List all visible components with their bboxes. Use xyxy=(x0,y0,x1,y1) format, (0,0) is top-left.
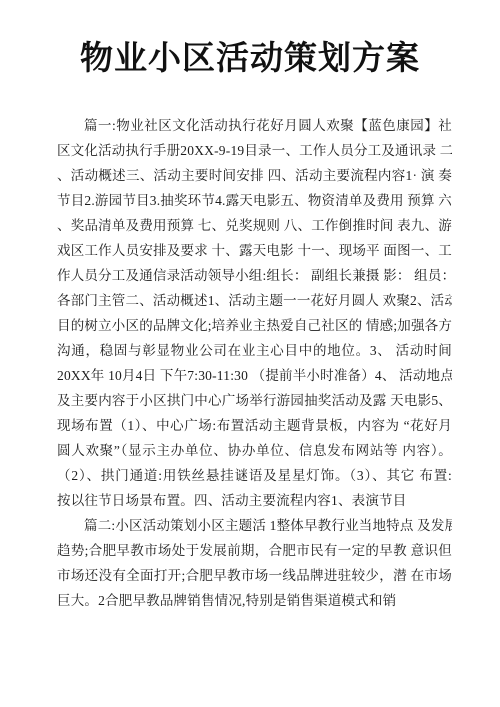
text-line: （2）、拱门通道:用铁丝悬挂谜语及星星灯饰。（3）、其它 布置: xyxy=(57,463,452,488)
text-line: 趋势;合肥早教市场处于发展前期，合肥市民有一定的早教 意识但 xyxy=(57,538,452,563)
text-line: 作人员分工及通信录活动领导小组:组长： 副组长兼摄 影： 组员： xyxy=(57,263,452,288)
text-line: 、奖品清单及费用预算 七、兑奖规则 八、工作倒推时间 表九、游 xyxy=(57,213,452,238)
text-line: 及主要内容于小区拱门中心广场举行游园抽奖活动及露 天电影5、 xyxy=(57,388,452,413)
text-line: 圆人欢聚”（显示主办单位、协办单位、信息发布网站等 内容）。 xyxy=(57,438,452,463)
page-title: 物业小区活动策划方案 xyxy=(0,0,500,80)
text-line: 20XX年 10月4日 下午7:30-11:30 （提前半小时准备）4、 活动地… xyxy=(57,363,452,388)
text-line: 节目2.游园节目3.抽奖环节4.露天电影五、物资清单及费用 预算 六 xyxy=(57,188,452,213)
text-line: 市场还没有全面打开;合肥早教市场一线品牌进驻较少，潜 在市场 xyxy=(57,563,452,588)
text-line: 区文化活动执行手册20XX-9-19目录一、工作人员分工及通讯录 二 xyxy=(57,138,452,163)
text-line: 篇二:小区活动策划小区主题活 1整体早教行业当地特点 及发展 xyxy=(57,513,452,538)
paragraph: 篇二:小区活动策划小区主题活 1整体早教行业当地特点 及发展趋势;合肥早教市场处… xyxy=(57,513,452,613)
text-line: 巨大。2合肥早教品牌销售情况,特别是销售渠道模式和销 xyxy=(57,588,452,613)
text-line: 戏区工作人员安排及要求 十、露天电影 十一、现场平 面图一、工 xyxy=(57,238,452,263)
text-line: 目的树立小区的品牌文化;培养业主热爱自己社区的 情感;加强各方 xyxy=(57,313,452,338)
text-line: 、活动概述三、活动主要时间安排 四、活动主要流程内容1· 演 奏 xyxy=(57,163,452,188)
text-line: 各部门主管二、活动概述1、活动主题一一花好月圆人 欢聚2、活动 xyxy=(57,288,452,313)
text-line: 沟通，稳固与彰显物业公司在业主心目中的地位。3、 活动时间 xyxy=(57,338,452,363)
text-line: 现场布置（1）、中心广场:布置活动主题背景板，内容为 “花好月 xyxy=(57,413,452,438)
paragraph: 篇一:物业社区文化活动执行花好月圆人欢聚【蓝色康园】社区文化活动执行手册20XX… xyxy=(57,113,452,513)
text-line: 按以往节日场景布置。四、活动主要流程内容1、表演节目 xyxy=(57,488,452,513)
text-line: 篇一:物业社区文化活动执行花好月圆人欢聚【蓝色康园】社 xyxy=(57,113,452,138)
document-body: 篇一:物业社区文化活动执行花好月圆人欢聚【蓝色康园】社区文化活动执行手册20XX… xyxy=(57,113,452,613)
document-page: 物业小区活动策划方案 篇一:物业社区文化活动执行花好月圆人欢聚【蓝色康园】社区文… xyxy=(0,0,500,707)
